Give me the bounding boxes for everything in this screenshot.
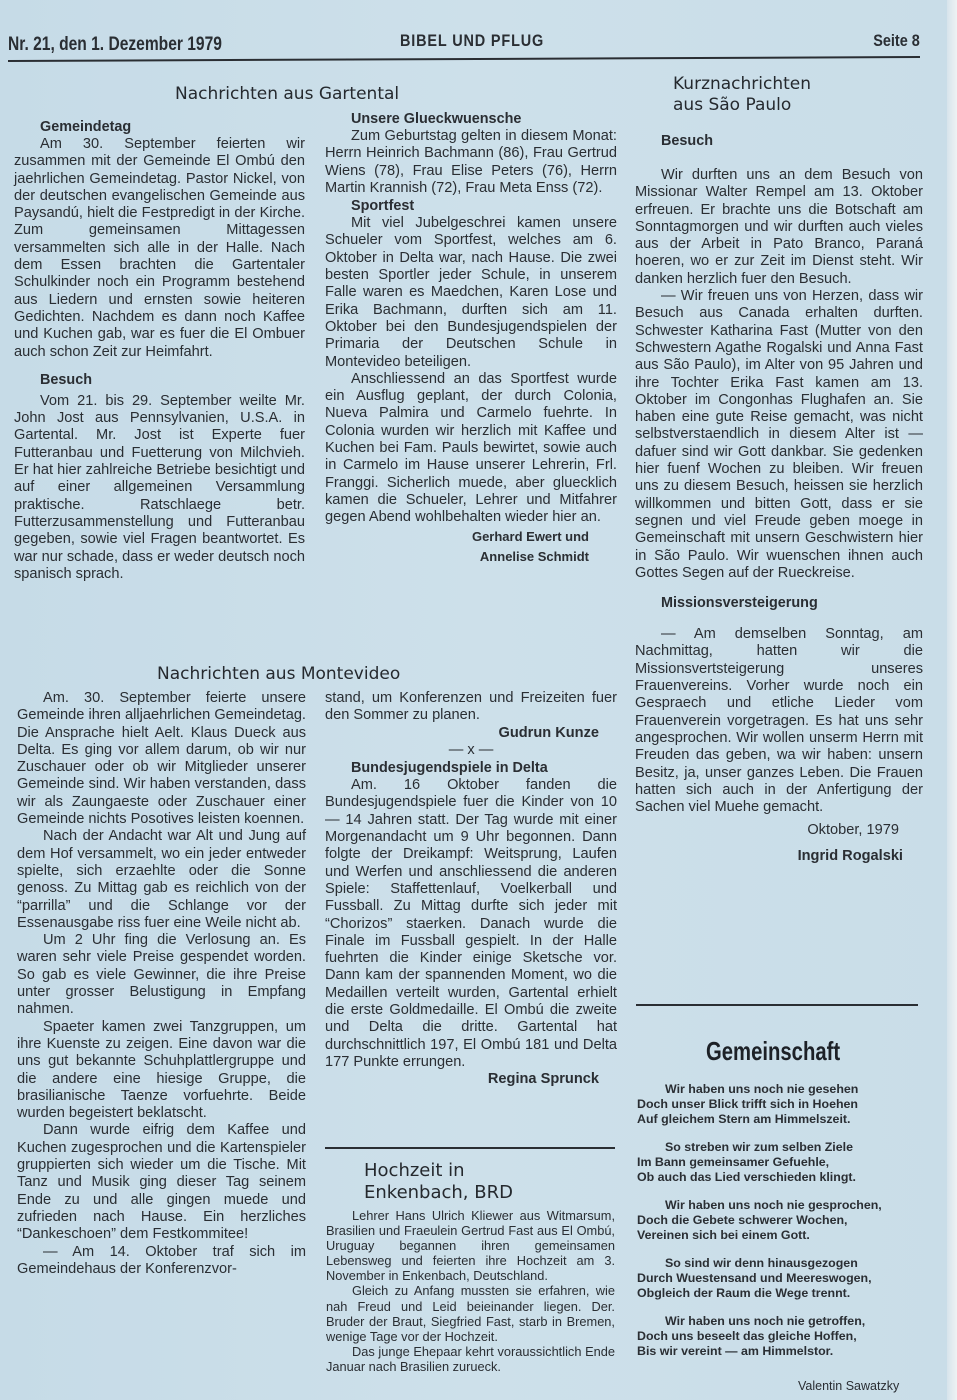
heading-glueckwuensche: Unsere Glueckwuensche: [325, 110, 617, 128]
poem-line: Auf gleichem Stern am Himmelszeit.: [637, 1112, 907, 1127]
montevideo-paragraph-1: Am. 30. September feierte unsere Gemeind…: [17, 690, 306, 828]
poem-line: Obgleich der Raum die Wege trennt.: [637, 1286, 907, 1301]
poem-line: So sind wir denn hinausgezogen: [637, 1256, 907, 1271]
poem-line: Wir haben uns noch nie getroffen,: [637, 1314, 907, 1329]
hochzeit-title-line-2: Enkenbach, BRD: [364, 1182, 513, 1204]
poem-line: Durch Wuestensand und Meereswogen,: [637, 1271, 907, 1286]
heading-besuch-saopaulo: Besuch: [635, 132, 923, 150]
poem-author: Valentin Sawatzky: [798, 1379, 899, 1393]
poem-line: Doch die Gebete schwerer Wochen,: [637, 1213, 907, 1228]
signature-rogalski: Ingrid Rogalski: [635, 848, 923, 865]
hochzeit-article: Lehrer Hans Ulrich Kliewer aus Witmarsum…: [326, 1208, 615, 1374]
poem-line: Doch uns beseelt das gleiche Hoffen,: [637, 1329, 907, 1344]
publication-title: BIBEL UND PFLUG: [400, 31, 544, 51]
poem-line: So streben wir zum selben Ziele: [637, 1140, 907, 1155]
poem-stanza: Wir haben uns noch nie getroffen, Doch u…: [637, 1314, 907, 1359]
saopaulo-title-line-2: aus São Paulo: [673, 95, 811, 116]
hochzeit-paragraph-1: Lehrer Hans Ulrich Kliewer aus Witmarsum…: [326, 1208, 615, 1283]
poem-line: Bis wir vereint — am Himmelstor.: [637, 1344, 907, 1359]
poem-line: Im Bann gemeinsamer Gefuehle,: [637, 1155, 907, 1170]
article-besuch-saopaulo-2: — Wir freuen uns von Herzen, dass wir Be…: [635, 288, 923, 582]
section-title-saopaulo: Kurznachrichten aus São Paulo: [673, 74, 811, 116]
poem-line: Wir haben uns noch nie gesehen: [637, 1082, 907, 1097]
article-date: Oktober, 1979: [635, 822, 923, 839]
article-glueckwuensche: Zum Geburtstag gelten in diesem Monat: H…: [325, 128, 617, 197]
section-title-montevideo: Nachrichten aus Montevideo: [157, 664, 400, 684]
issue-date: Nr. 21, den 1. Dezember 1979: [8, 34, 222, 56]
heading-sportfest: Sportfest: [325, 197, 617, 215]
article-sportfest-1: Mit viel Jubelgeschrei kamen unsere Schu…: [325, 215, 617, 371]
poem-stanza: Wir haben uns noch nie gesprochen, Doch …: [637, 1198, 907, 1243]
divider-poem: [636, 1004, 918, 1006]
saopaulo-title-line-1: Kurznachrichten: [673, 74, 811, 95]
heading-gemeindetag: Gemeindetag: [14, 118, 305, 136]
separator-x: — x —: [325, 742, 617, 759]
article-besuch-saopaulo-1: Wir durften uns an dem Besuch von Missio…: [635, 167, 923, 288]
montevideo-column-2: stand, um Konferenzen und Freizeiten fue…: [325, 690, 617, 1089]
montevideo-paragraph-5: Dann wurde eifrig dem Kaffee und Kuchen …: [17, 1122, 306, 1243]
montevideo-paragraph-6-continued: stand, um Konferenzen und Freizeiten fue…: [325, 690, 617, 725]
section-title-gartental: Nachrichten aus Gartental: [175, 84, 399, 104]
montevideo-column-1: Am. 30. September feierte unsere Gemeind…: [17, 690, 306, 1278]
heading-besuch-gartental: Besuch: [14, 371, 305, 389]
section-title-hochzeit: Hochzeit in Enkenbach, BRD: [364, 1160, 513, 1204]
article-sportfest-2: Anschliessend an das Sportfest wurde ein…: [325, 371, 617, 527]
hochzeit-title-line-1: Hochzeit in: [364, 1160, 513, 1182]
signature-schmidt: Annelise Schmidt: [325, 547, 617, 567]
gartental-column-2: Unsere Glueckwuensche Zum Geburtstag gel…: [325, 110, 617, 567]
poem-title: Gemeinschaft: [706, 1036, 840, 1067]
poem-body: Wir haben uns noch nie gesehen Doch unse…: [637, 1082, 907, 1372]
hochzeit-paragraph-3: Das junge Ehepaar kehrt voraussichtlich …: [326, 1344, 615, 1374]
poem-stanza: Wir haben uns noch nie gesehen Doch unse…: [637, 1082, 907, 1127]
signature-ewert: Gerhard Ewert und: [325, 527, 617, 547]
signature-sprunck: Regina Sprunck: [325, 1071, 617, 1088]
montevideo-paragraph-4: Spaeter kamen zwei Tanzgruppen, um ihre …: [17, 1019, 306, 1123]
montevideo-paragraph-6: — Am 14. Oktober traf sich im Gemeindeha…: [17, 1244, 306, 1279]
gartental-column-1: Gemeindetag Am 30. September feierten wi…: [14, 118, 305, 583]
poem-line: Doch unser Blick trifft sich in Hoehen: [637, 1097, 907, 1112]
signature-kunze: Gudrun Kunze: [325, 725, 617, 742]
montevideo-paragraph-2: Nach der Andacht war Alt und Jung auf de…: [17, 828, 306, 932]
article-gemeindetag: Am 30. September feierten wir zusammen m…: [14, 136, 305, 361]
poem-line: Ob auch das Lied verschieden klingt.: [637, 1170, 907, 1185]
header-rule: [8, 56, 920, 62]
article-missionsversteigerung: — Am demselben Sonntag, am Nachmittag, h…: [635, 626, 923, 816]
poem-line: Vereinen sich bei einem Gott.: [637, 1228, 907, 1243]
poem-line: Wir haben uns noch nie gesprochen,: [637, 1198, 907, 1213]
hochzeit-paragraph-2: Gleich zu Anfang mussten sie erfahren, w…: [326, 1283, 615, 1343]
poem-stanza: So sind wir denn hinausgezogen Durch Wue…: [637, 1256, 907, 1301]
montevideo-paragraph-3: Um 2 Uhr fing die Verlosung an. Es waren…: [17, 932, 306, 1018]
heading-missionsversteigerung: Missionsversteigerung: [635, 594, 923, 612]
saopaulo-column: Besuch Wir durften uns an dem Besuch von…: [635, 132, 923, 865]
divider-hochzeit: [325, 1147, 615, 1149]
heading-bundesjugendspiele: Bundesjugendspiele in Delta: [325, 759, 617, 777]
article-bundesjugendspiele: Am. 16 Oktober fanden die Bundesjugendsp…: [325, 777, 617, 1071]
article-besuch-gartental: Vom 21. bis 29. September weilte Mr. Joh…: [14, 393, 305, 583]
page-number: Seite 8: [873, 31, 920, 51]
page-header: Nr. 21, den 1. Dezember 1979 BIBEL UND P…: [8, 28, 920, 62]
poem-stanza: So streben wir zum selben Ziele Im Bann …: [637, 1140, 907, 1185]
page-edge: [947, 0, 957, 1400]
